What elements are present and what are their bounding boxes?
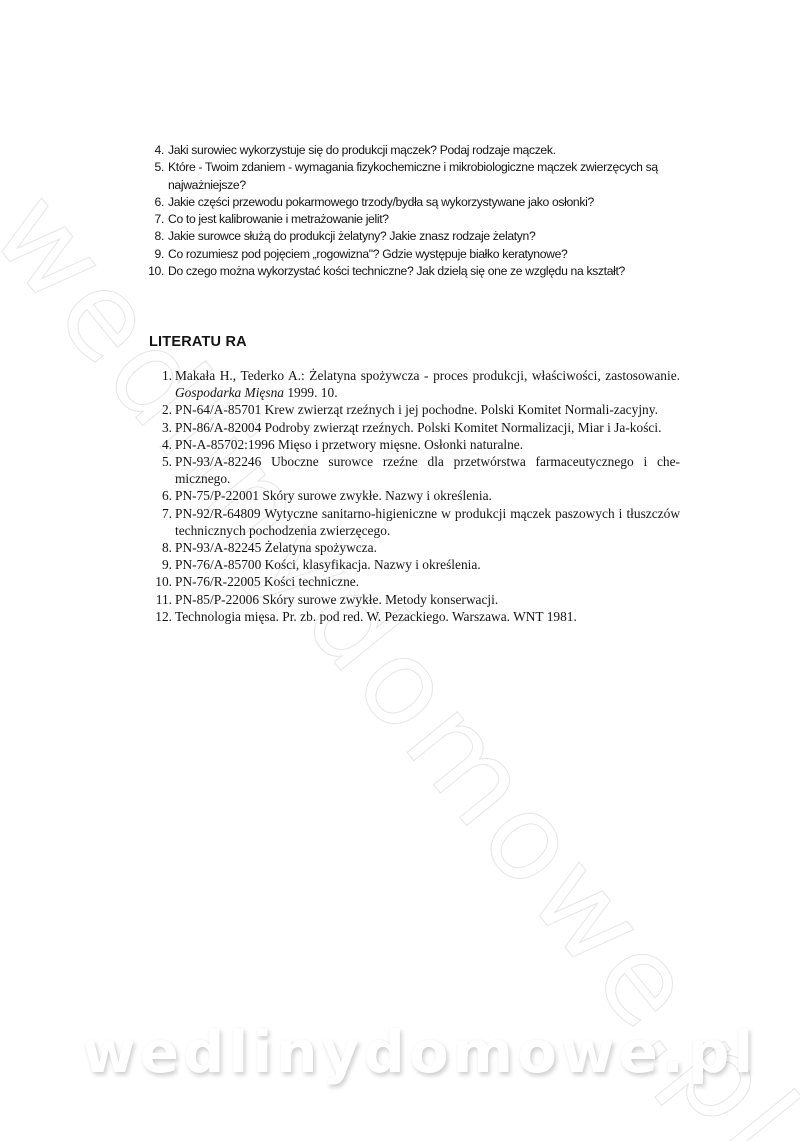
reference-item: 9.PN-76/A-85700 Kości, klasyfikacja. Naz… <box>160 556 680 573</box>
review-questions-list: 4.Jaki surowiec wykorzystuje się do prod… <box>152 142 712 280</box>
reference-item: 10.PN-76/R-22005 Kości techniczne. <box>160 573 680 590</box>
bottom-watermark: wedlinydomowe.pl <box>82 1018 757 1086</box>
reference-number: 7. <box>156 505 172 522</box>
reference-item: 6.PN-75/P-22001 Skóry surowe zwykłe. Naz… <box>160 487 680 504</box>
question-item: 9.Co rozumiesz pod pojęciem „rogowizna"?… <box>152 246 712 263</box>
reference-text: PN-64/A-85701 Krew zwierząt rzeźnych i j… <box>175 402 658 417</box>
question-item: 10.Do czego można wykorzystać kości tech… <box>152 263 712 280</box>
reference-item: 3.PN-86/A-82004 Podroby zwierząt rzeźnyc… <box>160 419 680 436</box>
question-number: 10. <box>146 263 164 280</box>
reference-text: PN-76/A-85700 Kości, klasyfikacja. Nazwy… <box>175 557 481 572</box>
reference-number: 2. <box>156 401 172 418</box>
reference-item: 8.PN-93/A-82245 Żelatyna spożywcza. <box>160 539 680 556</box>
question-text: Jaki surowiec wykorzystuje się do produk… <box>168 143 556 157</box>
reference-text: PN-93/A-82246 Uboczne surowce rzeźne dla… <box>175 454 680 486</box>
reference-text: PN-85/P-22006 Skóry surowe zwykłe. Metod… <box>175 592 498 607</box>
reference-item: 5.PN-93/A-82246 Uboczne surowce rzeźne d… <box>160 453 680 487</box>
document-page: wedlinydomowe.pl 4.Jaki surowiec wykorzy… <box>0 0 800 1141</box>
question-text: Jakie części przewodu pokarmowego trzody… <box>168 195 594 209</box>
question-item: 8.Jakie surowce służą do produkcji żelat… <box>152 228 712 245</box>
question-text: Jakie surowce służą do produkcji żelatyn… <box>168 229 535 243</box>
question-number: 4. <box>152 142 164 159</box>
reference-item: 7.PN-92/R-64809 Wytyczne sanitarno-higie… <box>160 505 680 539</box>
question-number: 6. <box>152 194 164 211</box>
reference-number: 8. <box>156 539 172 556</box>
question-item: 4.Jaki surowiec wykorzystuje się do prod… <box>152 142 712 159</box>
literature-heading: LITERATU RA <box>149 334 247 350</box>
reference-number: 12. <box>149 608 172 625</box>
question-item: 6.Jakie części przewodu pokarmowego trzo… <box>152 194 712 211</box>
question-text: Do czego można wykorzystać kości technic… <box>168 264 625 278</box>
question-number: 7. <box>152 211 164 228</box>
question-item: 7.Co to jest kalibrowanie i metrażowanie… <box>152 211 712 228</box>
reference-text: PN-92/R-64809 Wytyczne sanitarno-higieni… <box>175 506 680 538</box>
question-text: Co to jest kalibrowanie i metrażowanie j… <box>168 212 389 226</box>
reference-item: 2.PN-64/A-85701 Krew zwierząt rzeźnych i… <box>160 401 680 418</box>
reference-item: 12.Technologia mięsa. Pr. zb. pod red. W… <box>160 608 680 625</box>
reference-number: 3. <box>156 419 172 436</box>
reference-text: PN-A-85702:1996 Mięso i przetwory mięsne… <box>175 437 523 452</box>
reference-number: 6. <box>156 487 172 504</box>
reference-text: PN-76/R-22005 Kości techniczne. <box>175 574 359 589</box>
reference-number: 5. <box>156 453 172 470</box>
reference-number: 9. <box>156 556 172 573</box>
reference-text: PN-75/P-22001 Skóry surowe zwykłe. Nazwy… <box>175 488 492 503</box>
reference-journal: Gospodarka Mięsna <box>175 385 284 400</box>
question-number: 9. <box>152 246 164 263</box>
reference-text: Makała H., Tederko A.: Żelatyna spożywcz… <box>175 368 680 383</box>
literature-list: 1.Makała H., Tederko A.: Żelatyna spożyw… <box>160 367 680 625</box>
reference-item: 1.Makała H., Tederko A.: Żelatyna spożyw… <box>160 367 680 401</box>
reference-text: PN-93/A-82245 Żelatyna spożywcza. <box>175 540 377 555</box>
question-text: Co rozumiesz pod pojęciem „rogowizna"? G… <box>168 247 567 261</box>
question-number: 8. <box>152 228 164 245</box>
reference-text-after: 1999. 10. <box>284 385 338 400</box>
question-text: Które - Twoim zdaniem - wymagania fizyko… <box>168 160 658 191</box>
question-number: 5. <box>152 159 164 176</box>
reference-text: Technologia mięsa. Pr. zb. pod red. W. P… <box>175 609 577 624</box>
question-item: 5.Które - Twoim zdaniem - wymagania fizy… <box>152 159 712 194</box>
reference-number: 1. <box>156 367 172 384</box>
reference-item: 4.PN-A-85702:1996 Mięso i przetwory mięs… <box>160 436 680 453</box>
reference-number: 10. <box>149 573 172 590</box>
reference-item: 11.PN-85/P-22006 Skóry surowe zwykłe. Me… <box>160 591 680 608</box>
reference-number: 4. <box>156 436 172 453</box>
reference-text: PN-86/A-82004 Podroby zwierząt rzeźnych.… <box>175 420 661 435</box>
reference-number: 11. <box>149 591 172 608</box>
